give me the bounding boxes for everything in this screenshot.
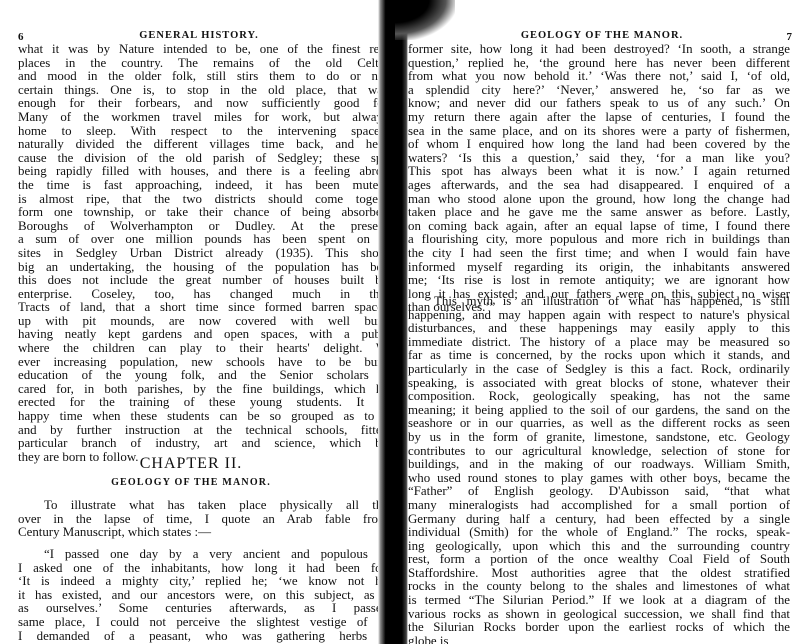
text-line: over in the lapse of time, I quote an Ar…: [18, 513, 382, 527]
text-line: Boroughs of Wolverhampton or Dudley. At …: [18, 220, 382, 234]
text-line: Staffordshire. Most authorities agree th…: [408, 567, 790, 581]
text-line: seashore or in our quarries, as well as …: [408, 417, 790, 431]
text-line: sites in Sedgley Urban District already …: [18, 247, 382, 261]
text-line: having neatly kept gardens and open spac…: [18, 328, 382, 342]
text-line: buildings, and in the making of our road…: [408, 458, 790, 472]
text-line: I demanded of a peasant, who was gatheri…: [18, 630, 382, 644]
text-line: what it was by Nature intended to be, on…: [18, 43, 382, 57]
text-line: cared for, in both parishes, by the fine…: [18, 383, 382, 397]
text-line: the city I had seen the first time; and …: [408, 247, 790, 261]
text-line: far as time is concerned, by the rocks u…: [408, 349, 790, 363]
text-line: where the children can play to their hea…: [18, 342, 382, 356]
text-line: globe is: [408, 635, 790, 644]
quoted-paragraph: “I passed one day by a very ancient and …: [18, 548, 382, 643]
paragraph: This myth is an illustration of what has…: [408, 295, 790, 644]
text-line: question,’ replied he, ‘the ground here …: [408, 57, 790, 71]
text-line: enterprise. Coseley, too, has changed mu…: [18, 288, 382, 302]
text-line: “Father” of English geology. D'Aubisson …: [408, 485, 790, 499]
text-line: cause the division of the old parish of …: [18, 152, 382, 166]
text-line: To illustrate what has taken place physi…: [18, 499, 382, 513]
text-line: education of the young folk, and the Sen…: [18, 369, 382, 383]
text-line: as ourselves.’ Some centuries afterwards…: [18, 602, 382, 616]
text-line: This spot has always been what it is now…: [408, 165, 790, 179]
chapter-title: CHAPTER II.: [0, 455, 382, 473]
text-line: rocks in the county belong to the shales…: [408, 580, 790, 594]
quoted-paragraph: former site, how long it had been destro…: [408, 43, 790, 315]
text-line: my return there again after the lapse of…: [408, 111, 790, 125]
text-line: a splendid city here?’ ‘Never,’ answered…: [408, 84, 790, 98]
running-head: GEOLOGY OF THE MANOR.: [404, 30, 800, 44]
book-spread: 6 GENERAL HISTORY. what it was by Nature…: [0, 0, 800, 644]
text-line: particularly in the case of Sedgley is t…: [408, 363, 790, 377]
running-head-title: GEOLOGY OF THE MANOR.: [521, 30, 683, 41]
text-line: disturbances, and these happenings may e…: [408, 322, 790, 336]
text-line: by us in the form of granite, limestone,…: [408, 431, 790, 445]
chapter-subtitle: GEOLOGY OF THE MANOR.: [0, 477, 382, 488]
text-line: know; and never did our fathers speak to…: [408, 97, 790, 111]
text-line: Century Manuscript, which states :—: [18, 526, 382, 540]
text-line: the Silurian Rocks border upon the earli…: [408, 621, 790, 635]
text-line: individual (Smith) for the whole of Engl…: [408, 526, 790, 540]
text-line: from what you now behold it.’ ‘Was there…: [408, 70, 790, 84]
text-line: particular branch of industry, art and s…: [18, 437, 382, 451]
text-line: various rocks as shown in geological suc…: [408, 608, 790, 622]
text-line: the time is fast approaching, indeed, it…: [18, 179, 382, 193]
text-line: me; ‘Its rise is lost in remote antiquit…: [408, 274, 790, 288]
text-line: ages afterwards, and the sea had disappe…: [408, 179, 790, 193]
paragraph: what it was by Nature intended to be, on…: [18, 43, 382, 464]
text-line: up with pit mounds, are now covered with…: [18, 315, 382, 329]
text-line: ‘It is indeed a mighty city,’ replied he…: [18, 575, 382, 589]
text-line: informed myself regarding its origin, th…: [408, 261, 790, 275]
text-line: happy time when these students can be so…: [18, 410, 382, 424]
text-line: Many of the workmen travel miles for wor…: [18, 111, 382, 125]
text-line: taken place and he gave me the same answ…: [408, 206, 790, 220]
text-line: many mineralogists had accomplished for …: [408, 499, 790, 513]
text-line: Germany during half a century, had been …: [408, 513, 790, 527]
text-line: “I passed one day by a very ancient and …: [18, 548, 382, 562]
text-line: and by further instruction at the techni…: [18, 424, 382, 438]
text-line: ing geologically, upon which this and th…: [408, 540, 790, 554]
running-head: GENERAL HISTORY.: [6, 30, 382, 44]
text-line: it has existed, and our ancestors were, …: [18, 589, 382, 603]
text-line: I asked one of the inhabitants, how long…: [18, 562, 382, 576]
text-line: composition. Rock, geologically speaking…: [408, 390, 790, 404]
text-line: contributes to our agricultural knowledg…: [408, 445, 790, 459]
text-line: rest, form a portion of the once wealthy…: [408, 553, 790, 567]
text-line: naturally divided the different villages…: [18, 138, 382, 152]
text-line: a sum of over one million pounds has bee…: [18, 233, 382, 247]
text-line: immediate district. The history of a pla…: [408, 336, 790, 350]
text-line: big an undertaking, the housing of the p…: [18, 261, 382, 275]
text-line: ever increasing population, new schools …: [18, 356, 382, 370]
text-line: of whom I enquired how long the land had…: [408, 138, 790, 152]
text-line: erected for the training of these young …: [18, 396, 382, 410]
text-line: former site, how long it had been destro…: [408, 43, 790, 57]
text-line: This myth is an illustration of what has…: [408, 295, 790, 309]
left-page: 6 GENERAL HISTORY. what it was by Nature…: [0, 0, 382, 644]
text-line: speaking, is associated with great block…: [408, 377, 790, 391]
text-line: meaning; it being applied to the soil of…: [408, 404, 790, 418]
paragraph: To illustrate what has taken place physi…: [18, 499, 382, 540]
text-line: is termed “The Silurian Period.” If we l…: [408, 594, 790, 608]
text-line: happening, and may happen again with res…: [408, 309, 790, 323]
text-line: on coming back again, after an equal lap…: [408, 220, 790, 234]
text-line: waters? ‘Is this a question,’ said they,…: [408, 152, 790, 166]
text-line: man who stood alone upon the ground, how…: [408, 193, 790, 207]
text-line: Tracts of land, that a short time since …: [18, 301, 382, 315]
right-page: GEOLOGY OF THE MANOR. 7 former site, how…: [404, 0, 800, 644]
text-line: who used round stones to play games with…: [408, 472, 790, 486]
running-head-title: GENERAL HISTORY.: [129, 30, 259, 41]
text-line: same place, I could not perceive the sli…: [18, 616, 382, 630]
text-line: a flourishing city, more populous and mo…: [408, 233, 790, 247]
text-line: this does not include the great number o…: [18, 274, 382, 288]
text-line: being rapidly filled with houses, and th…: [18, 165, 382, 179]
text-line: enough for their forbears, and now suffi…: [18, 97, 382, 111]
text-line: places in the country. The remains of th…: [18, 57, 382, 71]
text-line: home to sleep. With respect to the inter…: [18, 125, 382, 139]
text-line: certain things. One is, to stop in the o…: [18, 84, 382, 98]
page-number: 7: [787, 31, 793, 43]
text-line: is almost ripe, that the two districts s…: [18, 193, 382, 207]
text-line: sea in the same place, and on its shores…: [408, 125, 790, 139]
text-line: and mood in the older folk, still stirs …: [18, 70, 382, 84]
text-line: form one township, or take their chance …: [18, 206, 382, 220]
